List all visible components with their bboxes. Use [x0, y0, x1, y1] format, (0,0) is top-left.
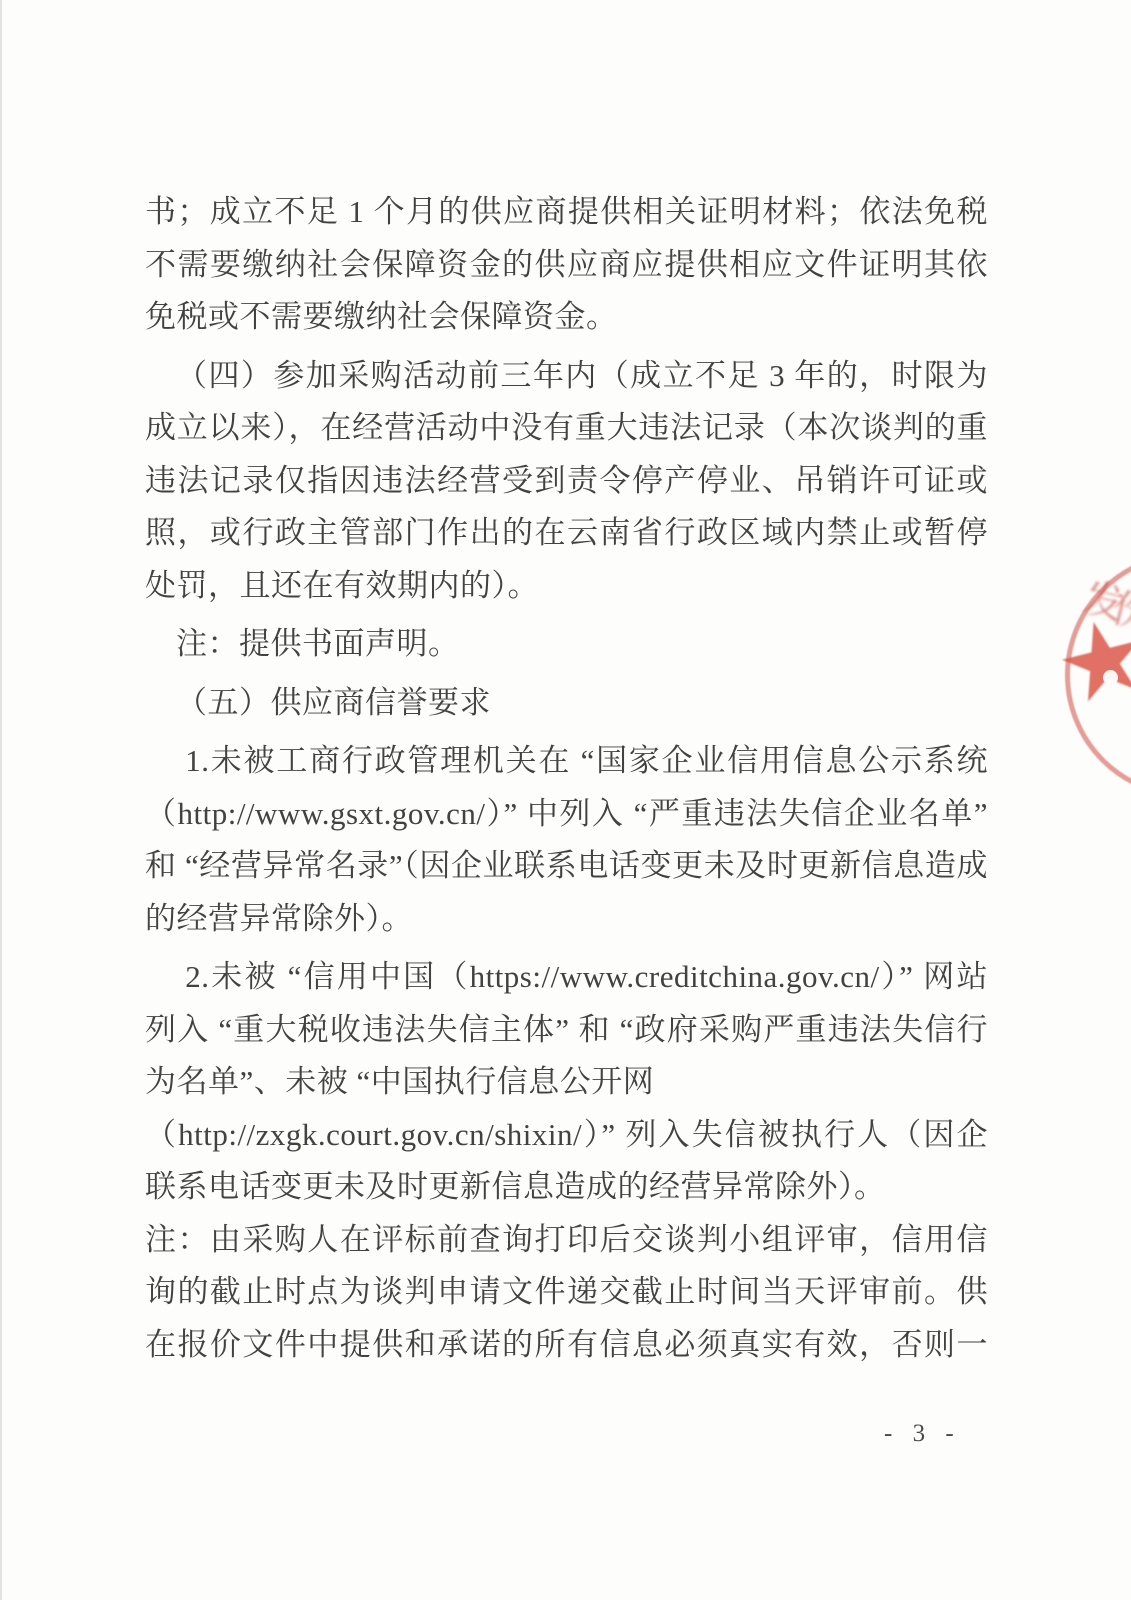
text-line: 免税或不需要缴纳社会保障资金。 — [145, 291, 988, 344]
text-line: 和 “经营异常名录”（因企业联系电话变更未及时更新信息造成 — [145, 840, 988, 893]
star-icon: ★ — [1051, 600, 1131, 723]
text-line: 联系电话变更未及时更新信息造成的经营异常除外）。 — [145, 1161, 988, 1214]
official-seal-stamp: 发 份 ★ — [1051, 548, 1131, 810]
text-line: （四）参加采购活动前三年内（成立不足 3 年的，时限为自 — [145, 350, 988, 403]
text-line: 照，或行政主管部门作出的在云南省行政区域内禁止或暂停投标 — [145, 507, 988, 560]
text-line: 书；成立不足 1 个月的供应商提供相关证明材料；依法免税或 — [145, 186, 988, 239]
seal-ring — [1065, 552, 1131, 798]
text-line: 询的截止时点为谈判申请文件递交截止时间当天评审前。供应商 — [145, 1266, 988, 1319]
star-center-hole — [1103, 670, 1118, 685]
text-line: （五）供应商信誉要求 — [145, 677, 988, 730]
text-line: （http://www.gsxt.gov.cn/）” 中列入 “严重违法失信企业… — [145, 788, 988, 841]
text-line: 为名单”、未被 “中国执行信息公开网 — [145, 1056, 988, 1109]
text-line: （http://zxgk.court.gov.cn/shixin/）” 列入失信… — [145, 1109, 988, 1162]
text-line: 1.未被工商行政管理机关在 “国家企业信用信息公示系统 — [145, 735, 988, 788]
text-line: 处罚，且还在有效期内的）。 — [145, 560, 988, 613]
text-line: 2.未被 “信用中国（https://www.creditchina.gov.c… — [145, 951, 988, 1004]
text-line: 列入 “重大税收违法失信主体” 和 “政府采购严重违法失信行 — [145, 1004, 988, 1057]
seal-text-fragment: 发 — [1079, 566, 1131, 631]
scanned-document-page: 书；成立不足 1 个月的供应商提供相关证明材料；依法免税或不需要缴纳社会保障资金… — [0, 0, 1131, 1600]
text-line: 违法记录仅指因违法经营受到责令停产停业、吊销许可证或者执 — [145, 455, 988, 508]
text-line: 在报价文件中提供和承诺的所有信息必须真实有效，否则一经查 — [145, 1319, 988, 1372]
page-number: - 3 - — [884, 1420, 961, 1448]
text-line: 注：由采购人在评标前查询打印后交谈判小组评审，信用信息查 — [145, 1214, 988, 1267]
scan-edge-line — [0, 0, 2, 1600]
body-text: 书；成立不足 1 个月的供应商提供相关证明材料；依法免税或不需要缴纳社会保障资金… — [145, 186, 988, 1371]
text-line: 不需要缴纳社会保障资金的供应商应提供相应文件证明其依法 — [145, 239, 988, 292]
text-line: 的经营异常除外）。 — [145, 893, 988, 946]
text-line: 成立以来），在经营活动中没有重大违法记录（本次谈判的重大 — [145, 402, 988, 455]
text-line: 注：提供书面声明。 — [145, 618, 988, 671]
seal-text-fragment: 份 — [1107, 576, 1131, 641]
